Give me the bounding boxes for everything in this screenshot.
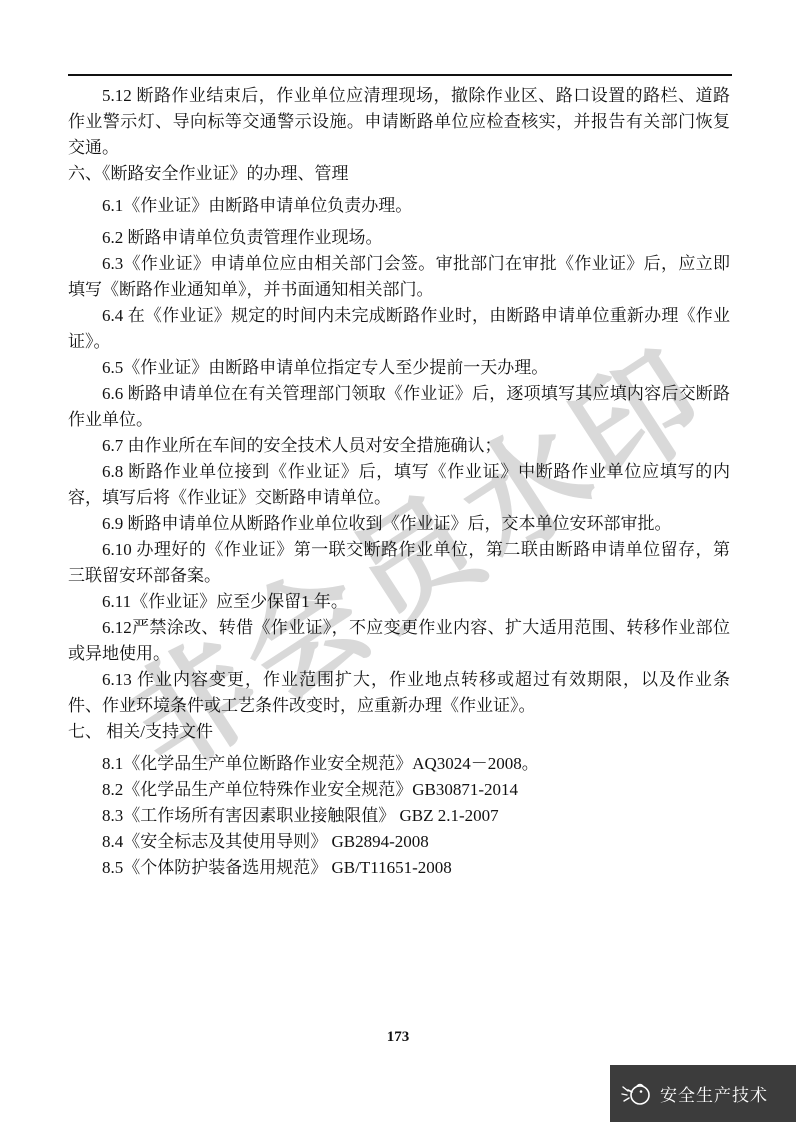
- clause-6-13: 6.13 作业内容变更，作业范围扩大，作业地点转移或超过有效期限，以及作业条件、…: [68, 667, 730, 719]
- publisher-badge: 安全生产技术: [610, 1065, 796, 1122]
- clause-6-1: 6.1《作业证》由断路申请单位负责办理。: [68, 193, 730, 219]
- reference-8-4: 8.4《安全标志及其使用导则》 GB2894-2008: [68, 829, 730, 855]
- clause-6-11: 6.11《作业证》应至少保留1 年。: [68, 589, 730, 615]
- page-number: 173: [0, 1029, 796, 1046]
- document-page: 非会员水印 5.12 断路作业结束后，作业单位应清理现场，撤除作业区、路口设置的…: [0, 0, 796, 1122]
- section-heading-6: 六、《断路安全作业证》的办理、管理: [68, 161, 730, 187]
- publisher-badge-label: 安全生产技术: [660, 1081, 768, 1106]
- paragraph-5-12: 5.12 断路作业结束后，作业单位应清理现场，撤除作业区、路口设置的路栏、道路作…: [68, 83, 730, 161]
- reference-8-2: 8.2《化学品生产单位特殊作业安全规范》GB30871-2014: [68, 777, 730, 803]
- reference-8-1: 8.1《化学品生产单位断路作业安全规范》AQ3024－2008。: [68, 751, 730, 777]
- clause-6-2: 6.2 断路申请单位负责管理作业现场。: [68, 225, 730, 251]
- publisher-logo-icon: [620, 1079, 654, 1109]
- clause-6-9: 6.9 断路申请单位从断路作业单位收到《作业证》后，交本单位安环部审批。: [68, 511, 730, 537]
- clause-6-10: 6.10 办理好的《作业证》第一联交断路作业单位，第二联由断路申请单位留存，第三…: [68, 537, 730, 589]
- section-heading-7: 七、 相关/支持文件: [68, 719, 730, 745]
- clause-6-12: 6.12严禁涂改、转借《作业证》，不应变更作业内容、扩大适用范围、转移作业部位或…: [68, 615, 730, 667]
- clause-6-7: 6.7 由作业所在车间的安全技术人员对安全措施确认；: [68, 433, 730, 459]
- clause-6-5: 6.5《作业证》由断路申请单位指定专人至少提前一天办理。: [68, 355, 730, 381]
- reference-8-3: 8.3《工作场所有害因素职业接触限值》 GBZ 2.1-2007: [68, 803, 730, 829]
- document-body: 5.12 断路作业结束后，作业单位应清理现场，撤除作业区、路口设置的路栏、道路作…: [68, 83, 730, 881]
- clause-6-6: 6.6 断路申请单位在有关管理部门领取《作业证》后，逐项填写其应填内容后交断路作…: [68, 381, 730, 433]
- header-rule: [68, 74, 732, 76]
- clause-6-4: 6.4 在《作业证》规定的时间内未完成断路作业时，由断路申请单位重新办理《作业证…: [68, 303, 730, 355]
- clause-6-3: 6.3《作业证》申请单位应由相关部门会签。审批部门在审批《作业证》后，应立即填写…: [68, 251, 730, 303]
- reference-8-5: 8.5《个体防护装备选用规范》 GB/T11651-2008: [68, 855, 730, 881]
- clause-6-8: 6.8 断路作业单位接到《作业证》后，填写《作业证》中断路作业单位应填写的内容，…: [68, 459, 730, 511]
